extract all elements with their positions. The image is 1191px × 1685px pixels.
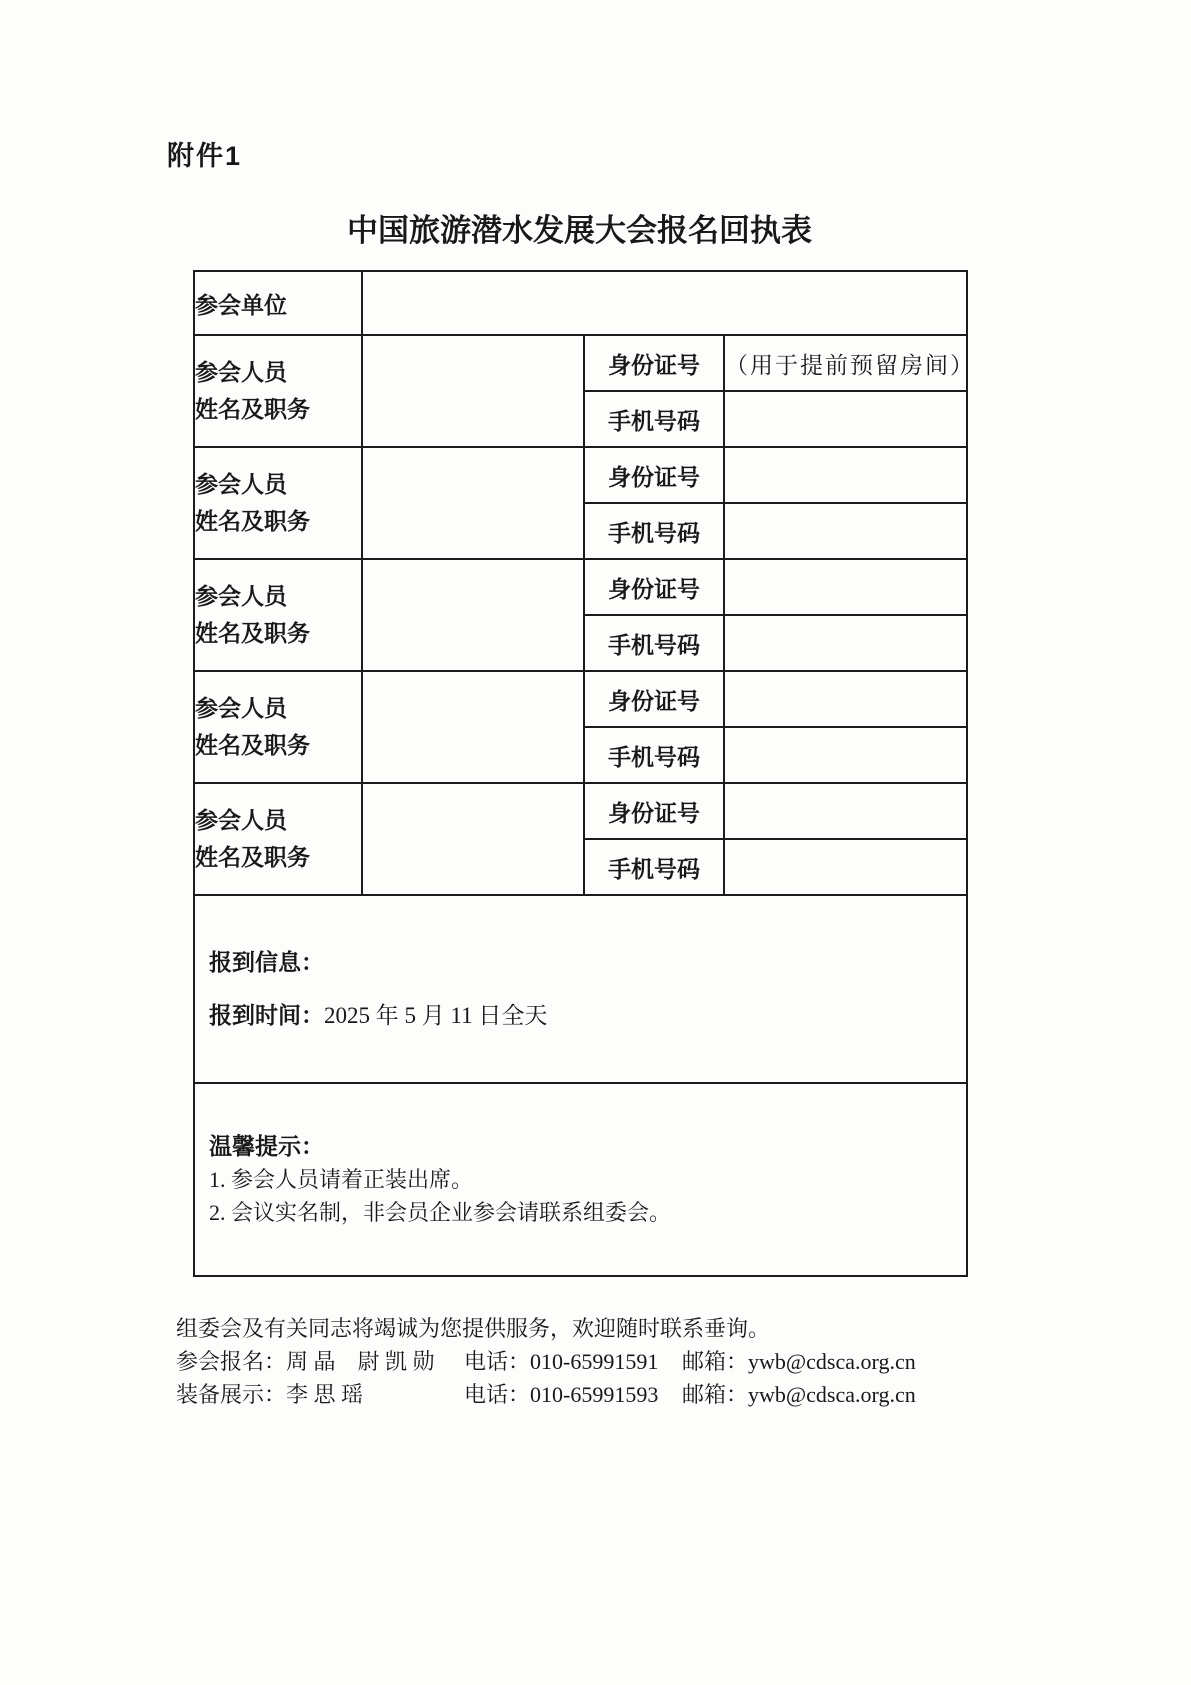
contact-row-exhibition: 装备展示：李 思 瑶 电话：010-65991593 邮箱：ywb@cdsca.…	[176, 1378, 1036, 1411]
id-label: 身份证号	[584, 783, 724, 839]
participant-block: 参会人员 姓名及职务 身份证号 手机号码	[194, 447, 967, 559]
table-row: 参会人员 姓名及职务 身份证号	[194, 671, 967, 727]
participant-label: 参会人员 姓名及职务	[194, 559, 362, 671]
id-number-cell	[724, 783, 967, 839]
id-label: 身份证号	[584, 671, 724, 727]
contact-phone: 电话：010-65991591	[464, 1345, 682, 1378]
id-number-cell	[724, 671, 967, 727]
checkin-block: 报到信息： 报到时间：2025 年 5 月 11 日全天	[194, 895, 967, 1083]
name-position-cell	[362, 447, 584, 559]
participant-label-line2: 姓名及职务	[195, 615, 361, 652]
tip-item-1: 1. 参会人员请着正装出席。	[209, 1163, 966, 1196]
contact-email: 邮箱：ywb@cdsca.org.cn	[682, 1378, 1036, 1411]
table-row: 参会人员 姓名及职务 身份证号	[194, 559, 967, 615]
table-row: 参会人员 姓名及职务 身份证号	[194, 783, 967, 839]
phone-number-cell	[724, 503, 967, 559]
email-label: 邮箱：	[682, 1382, 748, 1407]
participant-block: 参会人员 姓名及职务 身份证号 手机号码	[194, 783, 967, 895]
footer-contact-section: 组委会及有关同志将竭诚为您提供服务，欢迎随时联系垂询。 参会报名：周 晶 尉 凯…	[176, 1312, 1036, 1411]
name-position-cell	[362, 783, 584, 895]
phone-label: 手机号码	[584, 727, 724, 783]
phone-number-cell	[724, 391, 967, 447]
id-label: 身份证号	[584, 559, 724, 615]
name-position-cell	[362, 671, 584, 783]
contact-role-names: 装备展示：李 思 瑶	[176, 1378, 464, 1411]
checkin-heading: 报到信息：	[209, 936, 966, 989]
scanned-document-page: 附件1 中国旅游潜水发展大会报名回执表 参会单位 参会人员 姓名及职务 身份证号…	[0, 0, 1191, 1685]
participant-label-line1: 参会人员	[195, 690, 361, 727]
phone-label: 手机号码	[584, 503, 724, 559]
table-row: 参会单位	[194, 271, 967, 335]
contact-names: 周 晶 尉 凯 勋	[286, 1349, 435, 1374]
participant-label-line2: 姓名及职务	[195, 727, 361, 764]
contact-email: 邮箱：ywb@cdsca.org.cn	[682, 1345, 1036, 1378]
registration-form-table: 参会单位 参会人员 姓名及职务 身份证号 （用于提前预留房间） 手机号码	[193, 270, 968, 1277]
participant-label-line2: 姓名及职务	[195, 503, 361, 540]
name-position-cell	[362, 335, 584, 447]
name-position-cell	[362, 559, 584, 671]
participant-label-line1: 参会人员	[195, 354, 361, 391]
phone-label: 电话：	[464, 1382, 530, 1407]
unit-value-cell	[362, 271, 967, 335]
participant-label-line1: 参会人员	[195, 466, 361, 503]
phone-label: 手机号码	[584, 391, 724, 447]
participant-label: 参会人员 姓名及职务	[194, 447, 362, 559]
id-label: 身份证号	[584, 335, 724, 391]
email-address: ywb@cdsca.org.cn	[748, 1382, 916, 1407]
phone-number-cell	[724, 615, 967, 671]
phone-number: 010-65991593	[530, 1382, 658, 1407]
phone-number-cell	[724, 839, 967, 895]
participant-label-line1: 参会人员	[195, 578, 361, 615]
participant-block: 参会人员 姓名及职务 身份证号 手机号码	[194, 559, 967, 671]
tips-block: 温馨提示： 1. 参会人员请着正装出席。 2. 会议实名制，非会员企业参会请联系…	[194, 1083, 967, 1276]
contact-names: 李 思 瑶	[286, 1382, 363, 1407]
participant-block: 参会人员 姓名及职务 身份证号 手机号码	[194, 671, 967, 783]
phone-label: 手机号码	[584, 615, 724, 671]
table-row: 参会人员 姓名及职务 身份证号	[194, 447, 967, 503]
checkin-time-line: 报到时间：2025 年 5 月 11 日全天	[209, 989, 966, 1042]
participant-label: 参会人员 姓名及职务	[194, 335, 362, 447]
checkin-info-cell: 报到信息： 报到时间：2025 年 5 月 11 日全天	[194, 895, 967, 1083]
participant-label-line2: 姓名及职务	[195, 839, 361, 876]
id-label: 身份证号	[584, 447, 724, 503]
email-address: ywb@cdsca.org.cn	[748, 1349, 916, 1374]
id-number-cell: （用于提前预留房间）	[724, 335, 967, 391]
attachment-label: 附件1	[167, 134, 242, 173]
participant-label-line1: 参会人员	[195, 802, 361, 839]
tip-item-2: 2. 会议实名制，非会员企业参会请联系组委会。	[209, 1196, 966, 1229]
tips-cell: 温馨提示： 1. 参会人员请着正装出席。 2. 会议实名制，非会员企业参会请联系…	[194, 1083, 967, 1276]
phone-label: 手机号码	[584, 839, 724, 895]
tips-heading: 温馨提示：	[209, 1130, 966, 1163]
email-label: 邮箱：	[682, 1349, 748, 1374]
unit-label: 参会单位	[194, 271, 362, 335]
table-row: 参会人员 姓名及职务 身份证号 （用于提前预留房间）	[194, 335, 967, 391]
checkin-time-value: 2025 年 5 月 11 日全天	[324, 1003, 547, 1028]
contact-role-names: 参会报名：周 晶 尉 凯 勋	[176, 1345, 464, 1378]
contact-phone: 电话：010-65991593	[464, 1378, 682, 1411]
participant-label: 参会人员 姓名及职务	[194, 671, 362, 783]
footer-service-line: 组委会及有关同志将竭诚为您提供服务，欢迎随时联系垂询。	[176, 1312, 1036, 1345]
id-number-cell	[724, 559, 967, 615]
phone-number: 010-65991591	[530, 1349, 658, 1374]
page-title: 中国旅游潜水发展大会报名回执表	[193, 205, 966, 250]
phone-number-cell	[724, 727, 967, 783]
participant-block: 参会人员 姓名及职务 身份证号 （用于提前预留房间） 手机号码	[194, 335, 967, 447]
participant-label-line2: 姓名及职务	[195, 391, 361, 428]
phone-label: 电话：	[464, 1349, 530, 1374]
id-number-cell	[724, 447, 967, 503]
contact-row-registration: 参会报名：周 晶 尉 凯 勋 电话：010-65991591 邮箱：ywb@cd…	[176, 1345, 1036, 1378]
participant-label: 参会人员 姓名及职务	[194, 783, 362, 895]
table-row: 报到信息： 报到时间：2025 年 5 月 11 日全天	[194, 895, 967, 1083]
table-row: 温馨提示： 1. 参会人员请着正装出席。 2. 会议实名制，非会员企业参会请联系…	[194, 1083, 967, 1276]
contact-role: 参会报名：	[176, 1349, 286, 1374]
contact-role: 装备展示：	[176, 1382, 286, 1407]
checkin-time-label: 报到时间：	[209, 1002, 324, 1028]
unit-block: 参会单位	[194, 271, 967, 335]
